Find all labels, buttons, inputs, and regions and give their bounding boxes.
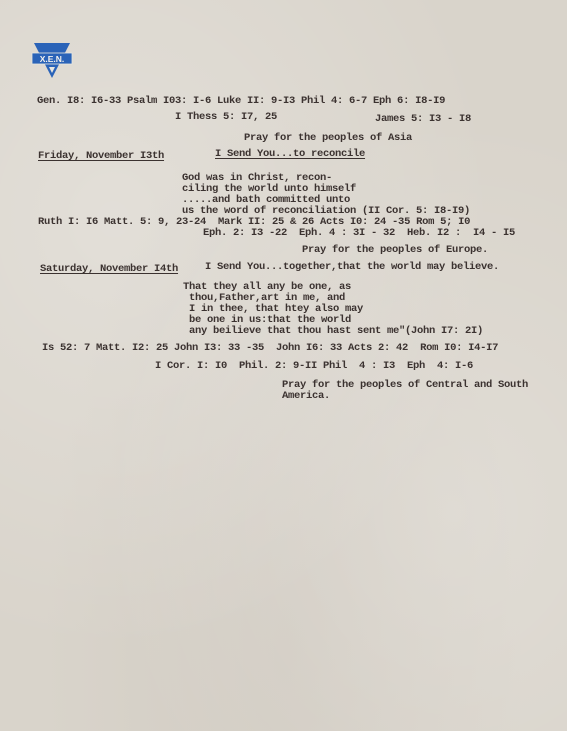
header-readings-line-2b: James 5: I3 - I8 bbox=[375, 113, 471, 125]
friday-theme-heading: I Send You...to reconcile bbox=[215, 148, 365, 160]
header-readings-line-2a: I Thess 5: I7, 25 bbox=[175, 111, 277, 123]
friday-readings-line-2: Eph. 2: I3 -22 Eph. 4 : 3I - 32 Heb. I2 … bbox=[203, 227, 515, 239]
prayer-asia: Pray for the peoples of Asia bbox=[244, 132, 412, 144]
svg-text:X.E.N.: X.E.N. bbox=[40, 54, 65, 64]
prayer-europe: Pray for the peoples of Europe. bbox=[302, 244, 488, 256]
saturday-date-heading: Saturday, November I4th bbox=[40, 263, 178, 275]
xen-triangle-logo-icon: X.E.N. bbox=[30, 40, 74, 80]
friday-date-heading: Friday, November I3th bbox=[38, 150, 164, 162]
saturday-verse-line: any beilieve that thou hast sent me"(Joh… bbox=[183, 325, 483, 337]
saturday-readings-line-1: Is 52: 7 Matt. I2: 25 John I3: 33 -35 Jo… bbox=[42, 342, 498, 354]
typed-document-page: X.E.N. Gen. I8: I6-33 Psalm I03: I-6 Luk… bbox=[0, 0, 567, 731]
saturday-theme-heading: I Send You...together,that the world may… bbox=[205, 261, 499, 273]
prayer-central-south-america-cont: America. bbox=[282, 390, 330, 402]
saturday-readings-line-2: I Cor. I: I0 Phil. 2: 9-II Phil 4 : I3 E… bbox=[155, 360, 473, 372]
header-readings-line-1: Gen. I8: I6-33 Psalm I03: I-6 Luke II: 9… bbox=[37, 95, 445, 107]
